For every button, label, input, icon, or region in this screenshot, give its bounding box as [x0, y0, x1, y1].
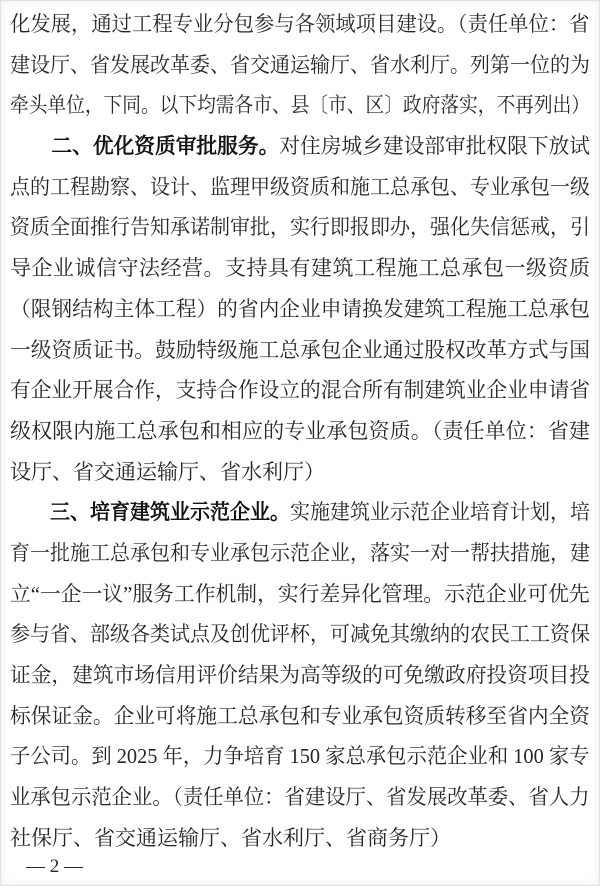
document-page: 化发展，通过工程专业分包参与各领域项目建设。（责任单位：省建设厅、省发展改革委、… [0, 0, 600, 886]
body-text: 对住房城乡建设部审批权限下放试 [279, 134, 590, 158]
page-number: — 2 — [26, 856, 83, 878]
body-text: 立“一企一议”服务工作机制，实行差异化管理。示范企业可优先 [10, 582, 590, 606]
body-text: 业承包示范企业。（责任单位：省建设厅、省发展改革委、省人力 [10, 785, 590, 809]
text-line: 子公司。到 2025 年，力争培育 150 家总承包示范企业和 100 家专 [10, 736, 572, 777]
text-line: 资质全面推行告知承诺制审批，实行即报即办，强化失信惩戒，引 [10, 207, 562, 248]
body-text: （限钢结构主体工程）的省内企业申请换发建筑工程施工总承包 [10, 297, 590, 321]
body-text: 一级资质证书。鼓励特级施工总承包企业通过股权改革方式与国 [10, 338, 590, 362]
text-line: 立“一企一议”服务工作机制，实行差异化管理。示范企业可优先 [10, 574, 584, 615]
text-line: 社保厅、省交通运输厅、省水利厅、省商务厅） [10, 818, 590, 859]
body-text: 实施建筑业示范企业培育计划，培 [290, 500, 590, 524]
document-body: 化发展，通过工程专业分包参与各领域项目建设。（责任单位：省建设厅、省发展改革委、… [10, 4, 590, 858]
body-text: 有企业开展合作，支持合作设立的混合所有制建筑业企业申请省 [10, 378, 590, 402]
body-text: 点的工程勘察、设计、监理甲级资质和施工总承包、专业承包一级 [10, 175, 590, 199]
body-text: 育一批施工总承包和专业承包示范企业，落实一对一帮扶措施，建 [10, 541, 590, 565]
body-text: 化发展，通过工程专业分包参与各领域项目建设。（责任单位：省 [10, 12, 590, 36]
section-heading-text: 三、培育建筑业示范企业。 [50, 501, 290, 524]
body-text: 标保证金。企业可将施工总承包和专业承包资质转移至省内全资 [10, 704, 590, 728]
body-text: 级权限内施工总承包和相应的专业承包资质。（责任单位：省建 [10, 419, 590, 443]
body-text: 子公司。到 2025 年，力争培育 150 家总承包示范企业和 100 家专 [10, 744, 590, 768]
text-line: 育一批施工总承包和专业承包示范企业，落实一对一帮扶措施，建 [10, 533, 562, 574]
body-text: 设厅、省交通运输厅、省水利厅） [10, 460, 325, 484]
text-line: 牵头单位，下同。以下均需各市、县〔市、区〕政府落实，不再列出） [10, 85, 527, 126]
text-line: 参与省、部级各类试点及创优评杯，可减免其缴纳的农民工工资保 [10, 614, 562, 655]
text-line: 点的工程勘察、设计、监理甲级资质和施工总承包、专业承包一级 [10, 167, 562, 208]
body-text: 参与省、部级各类试点及创优评杯，可减免其缴纳的农民工工资保 [10, 622, 590, 646]
text-line: 建设厅、省发展改革委、省交通运输厅、省水利厅。列第一位的为 [10, 45, 562, 86]
body-text: 证金，建筑市场信用评价结果为高等级的可免缴政府投资项目投 [10, 663, 590, 687]
text-line: 一级资质证书。鼓励特级施工总承包企业通过股权改革方式与国 [10, 330, 582, 371]
text-line: 导企业诚信守法经营。支持具有建筑工程施工总承包一级资质 [10, 248, 590, 289]
text-line: 化发展，通过工程专业分包参与各领域项目建设。（责任单位：省 [10, 4, 572, 45]
text-line: 设厅、省交通运输厅、省水利厅） [10, 452, 590, 493]
body-text: 资质全面推行告知承诺制审批，实行即报即办，强化失信惩戒，引 [10, 215, 590, 239]
body-text: 建设厅、省发展改革委、省交通运输厅、省水利厅。列第一位的为 [10, 53, 590, 77]
section-heading-text: 二、优化资质审批服务。 [51, 135, 279, 158]
body-text: 导企业诚信守法经营。支持具有建筑工程施工总承包一级资质 [10, 256, 590, 280]
text-line: （限钢结构主体工程）的省内企业申请换发建筑工程施工总承包 [10, 289, 582, 330]
text-line: 二、优化资质审批服务。对住房城乡建设部审批权限下放试 [10, 126, 582, 167]
text-line: 三、培育建筑业示范企业。实施建筑业示范企业培育计划，培 [10, 492, 562, 533]
body-text: 牵头单位，下同。以下均需各市、县〔市、区〕政府落实，不再列出） [10, 93, 590, 117]
text-line: 有企业开展合作，支持合作设立的混合所有制建筑业企业申请省 [10, 370, 582, 411]
text-line: 级权限内施工总承包和相应的专业承包资质。（责任单位：省建 [10, 411, 590, 452]
text-line: 业承包示范企业。（责任单位：省建设厅、省发展改革委、省人力 [10, 777, 572, 818]
text-line: 标保证金。企业可将施工总承包和专业承包资质转移至省内全资 [10, 696, 582, 737]
text-line: 证金，建筑市场信用评价结果为高等级的可免缴政府投资项目投 [10, 655, 582, 696]
body-text: 社保厅、省交通运输厅、省水利厅、省商务厅） [10, 826, 451, 850]
